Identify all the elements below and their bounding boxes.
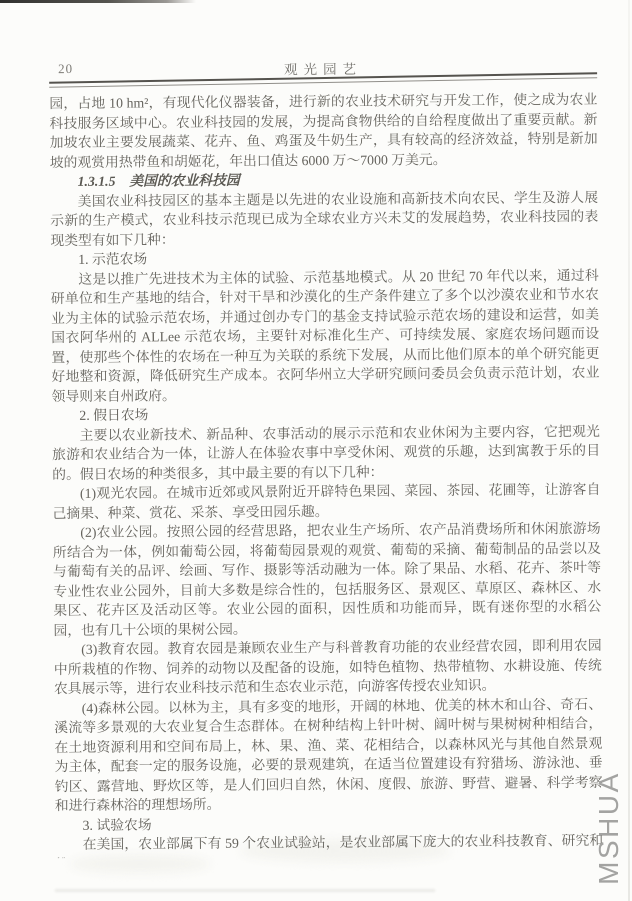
scan-artifact-bottom-smudge [55, 889, 435, 892]
scanned-book-page: 20 观光园艺 园，占地 10 hm²，有现代化仪器装备，进行新的农业技术研究与… [0, 0, 632, 901]
paragraph-continuation: 园，占地 10 hm²，有现代化仪器装备，进行新的农业技术研究与开发工作，使之成… [49, 90, 598, 172]
scan-artifact-right-edge [628, 0, 630, 901]
vertical-watermark: MSHUA [593, 771, 625, 885]
paragraph: 主要以农业新技术、新品种、农事活动的展示示范和农业休闲为主要内容，它把观光旅游和… [52, 421, 600, 484]
paragraph: 在美国，农业部属下有 59 个农业试验站，是农业部属下庞大的农业科技教育、研究和… [55, 831, 603, 858]
page-number: 20 [58, 61, 73, 77]
page-content: 20 观光园艺 园，占地 10 hm²，有现代化仪器装备，进行新的农业技术研究与… [49, 56, 603, 858]
paragraph: (3)教育农园。教育农园是兼顾农业生产与科普教育功能的农业经营农园，即利用农园中… [54, 636, 602, 699]
paragraph: 这是以推广先进技术为主体的试验、示范基地模式。从 20 世纪 70 年代以来，通… [51, 265, 600, 406]
book-title: 观光园艺 [284, 58, 362, 79]
paragraph: 美国农业科技园区的基本主题是以先进的农业设施和高新技术向农民、学生及游人展示新的… [50, 187, 598, 250]
scan-artifact-top-line [0, 0, 196, 3]
paragraph: (2)农业公园。按照公园的经营思路，把农业生产场所、农产品消费场所和休闲旅游场所… [53, 519, 602, 640]
paragraph: (4)森林公园。以林为主，具有多变的地形，开阔的林地、优美的林木和山谷、奇石、溪… [54, 694, 603, 815]
paragraph: (1)观光农园。在城市近郊或风景附近开辟特色果园、菜园、茶园、花圃等，让游客自己… [52, 480, 600, 523]
body-text: 园，占地 10 hm²，有现代化仪器装备，进行新的农业技术研究与开发工作，使之成… [49, 90, 603, 858]
